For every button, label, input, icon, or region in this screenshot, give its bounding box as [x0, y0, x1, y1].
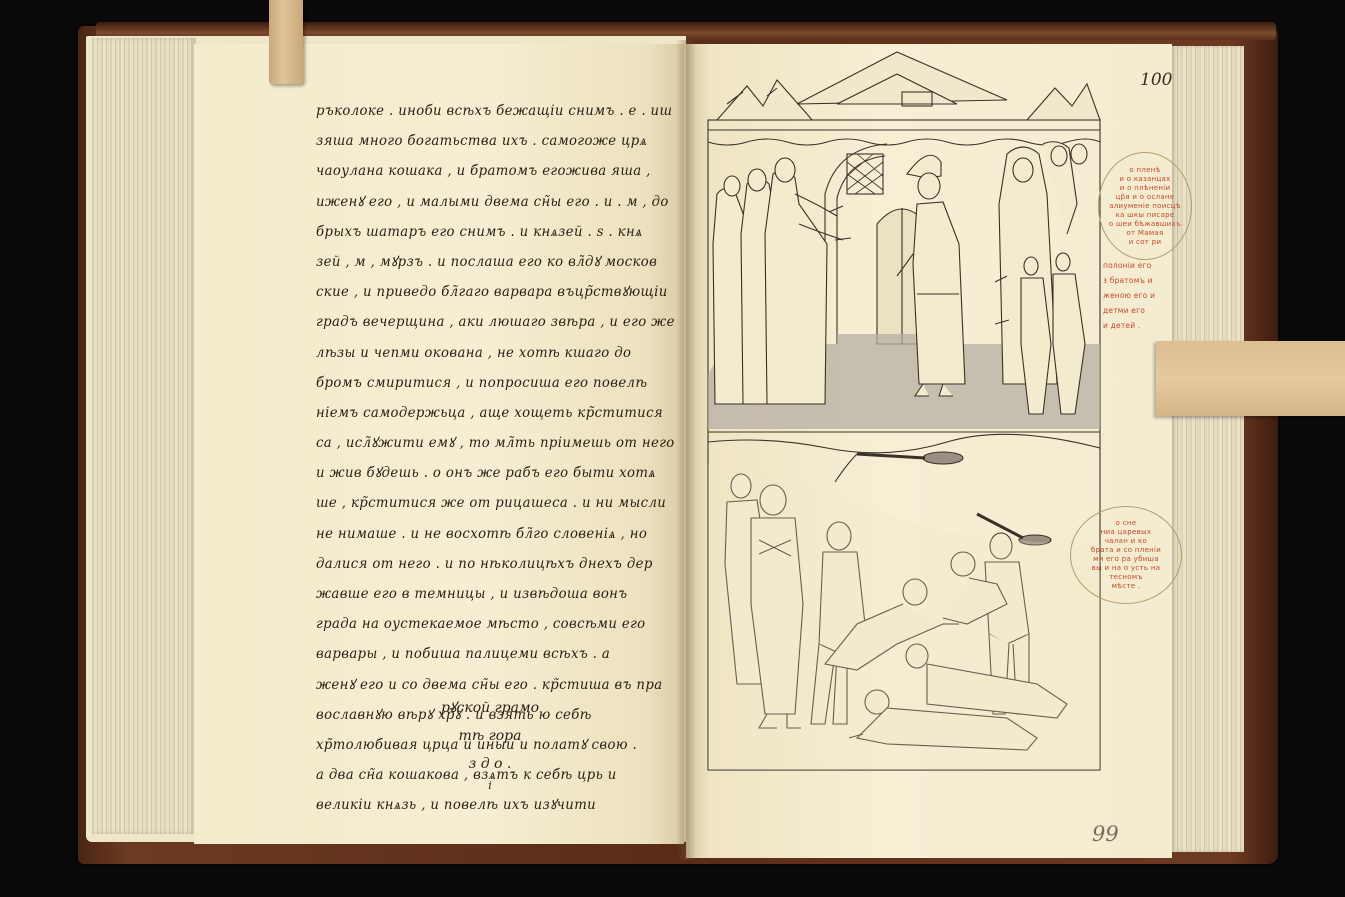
rubric-line: от Мамая: [1126, 229, 1163, 238]
rubric-line: и о плѣненiи: [1120, 184, 1171, 193]
wooden-bookmark-top: [269, 0, 303, 84]
wooden-bookmark-right: [1156, 341, 1345, 416]
text-line: иженꙋ его , и малыми двема сн̃ы его . и …: [316, 187, 681, 217]
rubric-line: цр̃я и о ослане: [1116, 193, 1175, 202]
text-line: и жив бꙋдешь . о онъ же рабъ его быти хо…: [316, 458, 681, 488]
text-line: варвары , и побиша палицеми всѣхъ . а: [316, 639, 681, 669]
rubric-line: ка шкы писаре: [1115, 211, 1174, 220]
rubric-line: и сот ри: [1129, 238, 1162, 247]
photo-background: ръколоке . иноби всѣхъ бежащiи снимъ . е…: [0, 0, 1345, 897]
text-line: градъ вечерщина , аки люшаго звѣра , и е…: [316, 307, 681, 337]
text-line: брыхъ шатаръ его снимъ . и кнѧзей . ѕ . …: [316, 217, 681, 247]
rubric-roundel-lower: о сне ниа царевых чалан и ко брата и со …: [1070, 506, 1182, 604]
text-tail-line: рꙋской грамо: [400, 694, 580, 722]
text-line: ръколоке . иноби всѣхъ бежащiи снимъ . е…: [316, 96, 681, 126]
rubric-roundel-upper: о пленѣ и о казанцах и о плѣненiи цр̃я и…: [1098, 152, 1192, 260]
rubric-line: и о казанцах: [1119, 175, 1170, 184]
rubric-note: полонiи его з братомъ и женою его и детм…: [1103, 258, 1193, 333]
rubric-line: женою его и: [1103, 288, 1193, 303]
rubric-line: ми его ра убиша: [1093, 555, 1159, 564]
text-line: бромъ смиритися , и попросиша его повелѣ: [316, 368, 681, 398]
folio-number-top: 100: [1140, 70, 1172, 90]
rubric-line: полонiи его: [1103, 258, 1193, 273]
text-line: далися от него . и по нѣколицѣхъ днехъ д…: [316, 549, 681, 579]
folio-number-bottom: 99: [1092, 822, 1119, 846]
rubric-line: тесномъ: [1109, 573, 1142, 582]
rubric-line: детми его: [1103, 303, 1193, 318]
text-tail-mark: і: [400, 772, 580, 800]
text-line: нiемъ самодержьца , аще хощеть кр̃ститис…: [316, 398, 681, 428]
rubric-line: вы и на о усть на: [1092, 564, 1161, 573]
right-page-edges: [1172, 46, 1244, 852]
left-page-edges: [92, 38, 196, 834]
text-line: ше , кр̃ститися же от рицашеса . и ни мы…: [316, 488, 681, 518]
text-tail-line: тѣ гора: [400, 722, 580, 750]
rubric-line: чалан и ко: [1105, 537, 1147, 546]
text-line: чаоулана кошака , и братомъ егожива яша …: [316, 156, 681, 186]
illustration-drawing: [707, 44, 1103, 774]
rubric-line: брата и со пленiи: [1091, 546, 1161, 555]
rubric-line: алиуменiе поисцѣ: [1109, 202, 1181, 211]
rubric-line: ниа царевых: [1101, 528, 1152, 537]
text-line: зей , м , мꙋрзъ . и послаша его ко вл̃дꙋ…: [316, 247, 681, 277]
rubric-line: и детей .: [1103, 318, 1193, 333]
text-line: жавше его в темницы , и извѣдоша вонъ: [316, 579, 681, 609]
rubric-line: з братомъ и: [1103, 273, 1193, 288]
text-line: лѣзы и чепми окована , не хотѣ кшаго до: [316, 338, 681, 368]
rubric-line: о пленѣ: [1129, 166, 1160, 175]
rubric-line: о шеи бѣжавшихъ: [1109, 220, 1181, 229]
text-line: са , исл̃ꙋжити емꙋ , то мл̃ть прiимешь о…: [316, 428, 681, 458]
text-line: града на оустекаемое мѣсто , совсѣми его: [316, 609, 681, 639]
text-line: ские , и приведо бл̃гаго варвара въцр̃ст…: [316, 277, 681, 307]
rubric-line: мѣсте .: [1112, 582, 1141, 591]
text-line: не нимаше . и не восхотѣ бл̃го словенiѧ …: [316, 519, 681, 549]
text-line: зяша много богатьства ихъ . самогоже црѧ: [316, 126, 681, 156]
miniature-illustration: [707, 44, 1103, 774]
rubric-line: о сне: [1116, 519, 1137, 528]
